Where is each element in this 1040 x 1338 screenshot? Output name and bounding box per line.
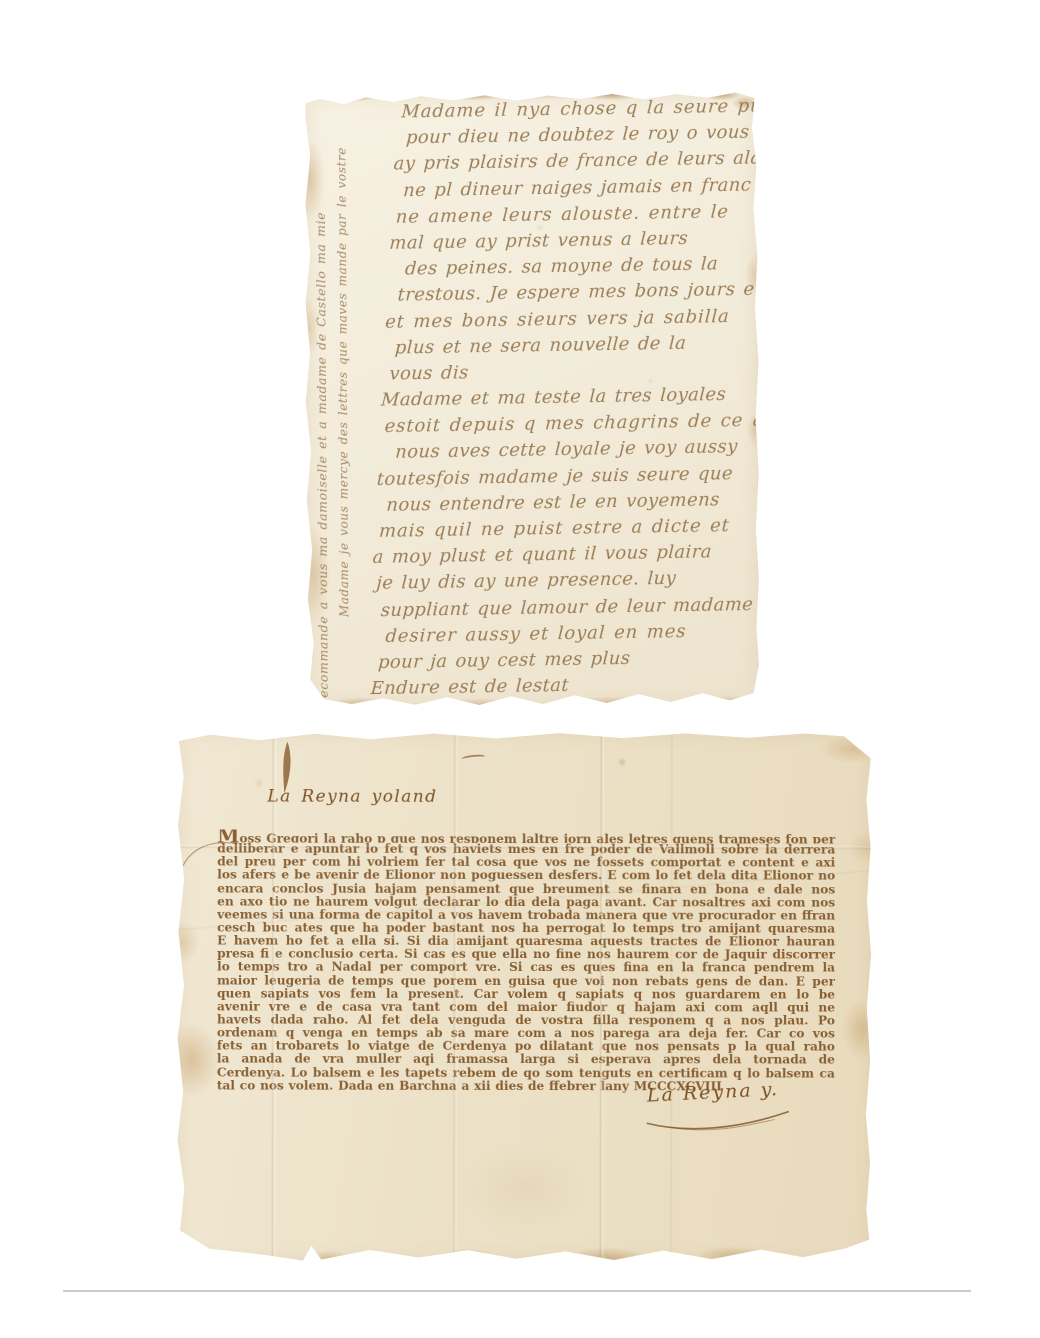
letter-body-block: Moss Gregori la raho p que nos responem … — [217, 829, 835, 1093]
letter-line: los afers e be avenir de Elionor non pog… — [217, 869, 835, 883]
letter-line: Moss Gregori la raho p que nos responem … — [217, 829, 835, 843]
marginal-note-vertical-outer: Et me recommande a vous ma damoiselle et… — [312, 129, 331, 753]
queen-yolande-letter: La Reyna yoland Moss Gregori la raho p q… — [175, 729, 874, 1263]
page-divider — [63, 1290, 971, 1292]
letter-line: maior leugeria de temps que porem en gui… — [217, 974, 835, 988]
letter-line: en axo tio ne haurem volgut declarar lo … — [217, 895, 835, 909]
letter-line: ordenam q venga en temps ab sa mare com … — [217, 1027, 835, 1041]
letter-line: veemes si una forma de capitol a vos hav… — [217, 908, 835, 922]
letter-line: fets an trobarets lo viatge de Cerdenya … — [217, 1040, 835, 1054]
letter-line: havets dada raho. Al fet dela venguda de… — [217, 1013, 835, 1027]
marginal-note-vertical-inner: Madame je vous mercye des lettres que ma… — [334, 137, 351, 617]
letter-line: quen sapiats vos fem la present. Car vol… — [217, 987, 835, 1001]
ink-dash-mark — [461, 754, 485, 762]
letter-line: presa fi e conclusio certa. Si cas es qu… — [217, 948, 835, 962]
letter-line: la anada de vra muller aqi framassa larg… — [217, 1053, 835, 1067]
letter-line: delliberar e apuntar lo fet q vos haviet… — [217, 843, 835, 857]
catalog-page: Et me recommande a vous ma damoiselle et… — [0, 0, 1040, 1338]
letter-line: Cerdenya. Lo balsem e les tapets rebem d… — [217, 1066, 835, 1080]
french-manuscript-letter: Et me recommande a vous ma damoiselle et… — [302, 91, 762, 711]
manuscript-text-block: Madame il nya chose q la seure puissepou… — [370, 93, 764, 702]
signature-flourish-icon — [643, 1107, 793, 1137]
letter-line: encara conclos Jusia hajam pensament que… — [217, 882, 835, 896]
letter-line: del preu per com hi volriem fer tal cosa… — [217, 856, 835, 870]
letter-line: cesch buc ates que ha poder bastant nos … — [217, 921, 835, 935]
letter-heading: La Reyna yoland — [267, 787, 437, 807]
letter-line: avenir vre e de casa vra tant com del ma… — [217, 1000, 835, 1014]
letter-line: lo temps tro a Nadal per comport vre. Si… — [217, 961, 835, 975]
letter-line: E havem ho fet a ella si. Si dia amijant… — [217, 935, 835, 949]
manuscript-line: Endure est de lestat — [370, 670, 733, 702]
